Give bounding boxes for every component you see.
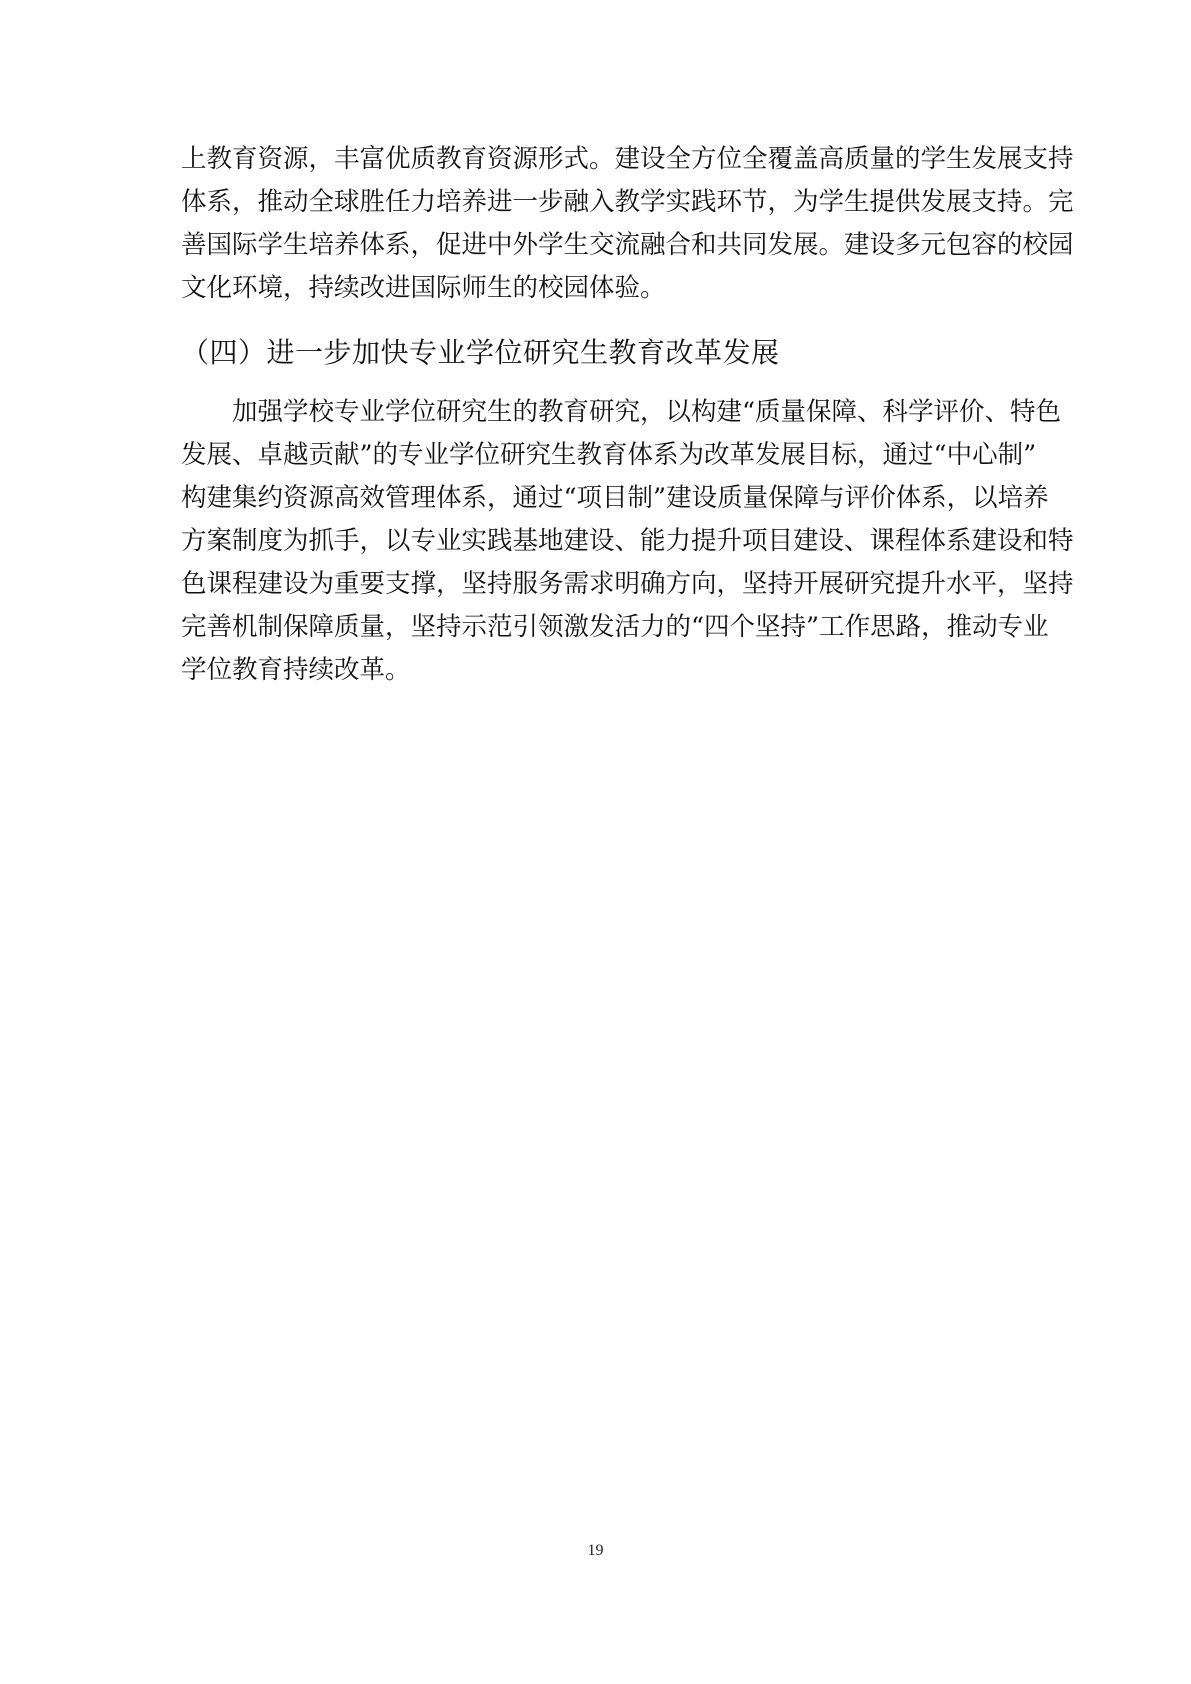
paragraph-line: 体系，推动全球胜任力培养进一步融入教学实践环节，为学生提供发展支持。完	[181, 182, 1016, 222]
paragraph-line: 完善机制保障质量，坚持示范引领激发活力的“四个坚持”工作思路，推动专业	[181, 607, 1016, 647]
paragraph-line: 善国际学生培养体系，促进中外学生交流融合和共同发展。建设多元包容的校园	[181, 225, 1016, 265]
paragraph-line: 方案制度为抓手，以专业实践基地建设、能力提升项目建设、课程体系建设和特	[181, 521, 1016, 561]
paragraph-line: 色课程建设为重要支撑，坚持服务需求明确方向，坚持开展研究提升水平，坚持	[181, 564, 1016, 604]
paragraph-line: 上教育资源，丰富优质教育资源形式。建设全方位全覆盖高质量的学生发展支持	[181, 139, 1016, 179]
paragraph-line: 构建集约资源高效管理体系，通过“项目制”建设质量保障与评价体系，以培养	[181, 478, 1016, 518]
paragraph-line: 学位教育持续改革。	[181, 650, 1016, 690]
paragraph-line: 发展、卓越贡献”的专业学位研究生教育体系为改革发展目标，通过“中心制”	[181, 435, 1016, 475]
page-number: 19	[0, 1541, 1191, 1561]
section-heading: （四）进一步加快专业学位研究生教育改革发展	[181, 333, 780, 373]
paragraph-line: 文化环境，持续改进国际师生的校园体验。	[181, 268, 1016, 308]
paragraph-line: 加强学校专业学位研究生的教育研究，以构建“质量保障、科学评价、特色	[181, 392, 1016, 432]
document-page: 上教育资源，丰富优质教育资源形式。建设全方位全覆盖高质量的学生发展支持 体系，推…	[0, 0, 1191, 1684]
